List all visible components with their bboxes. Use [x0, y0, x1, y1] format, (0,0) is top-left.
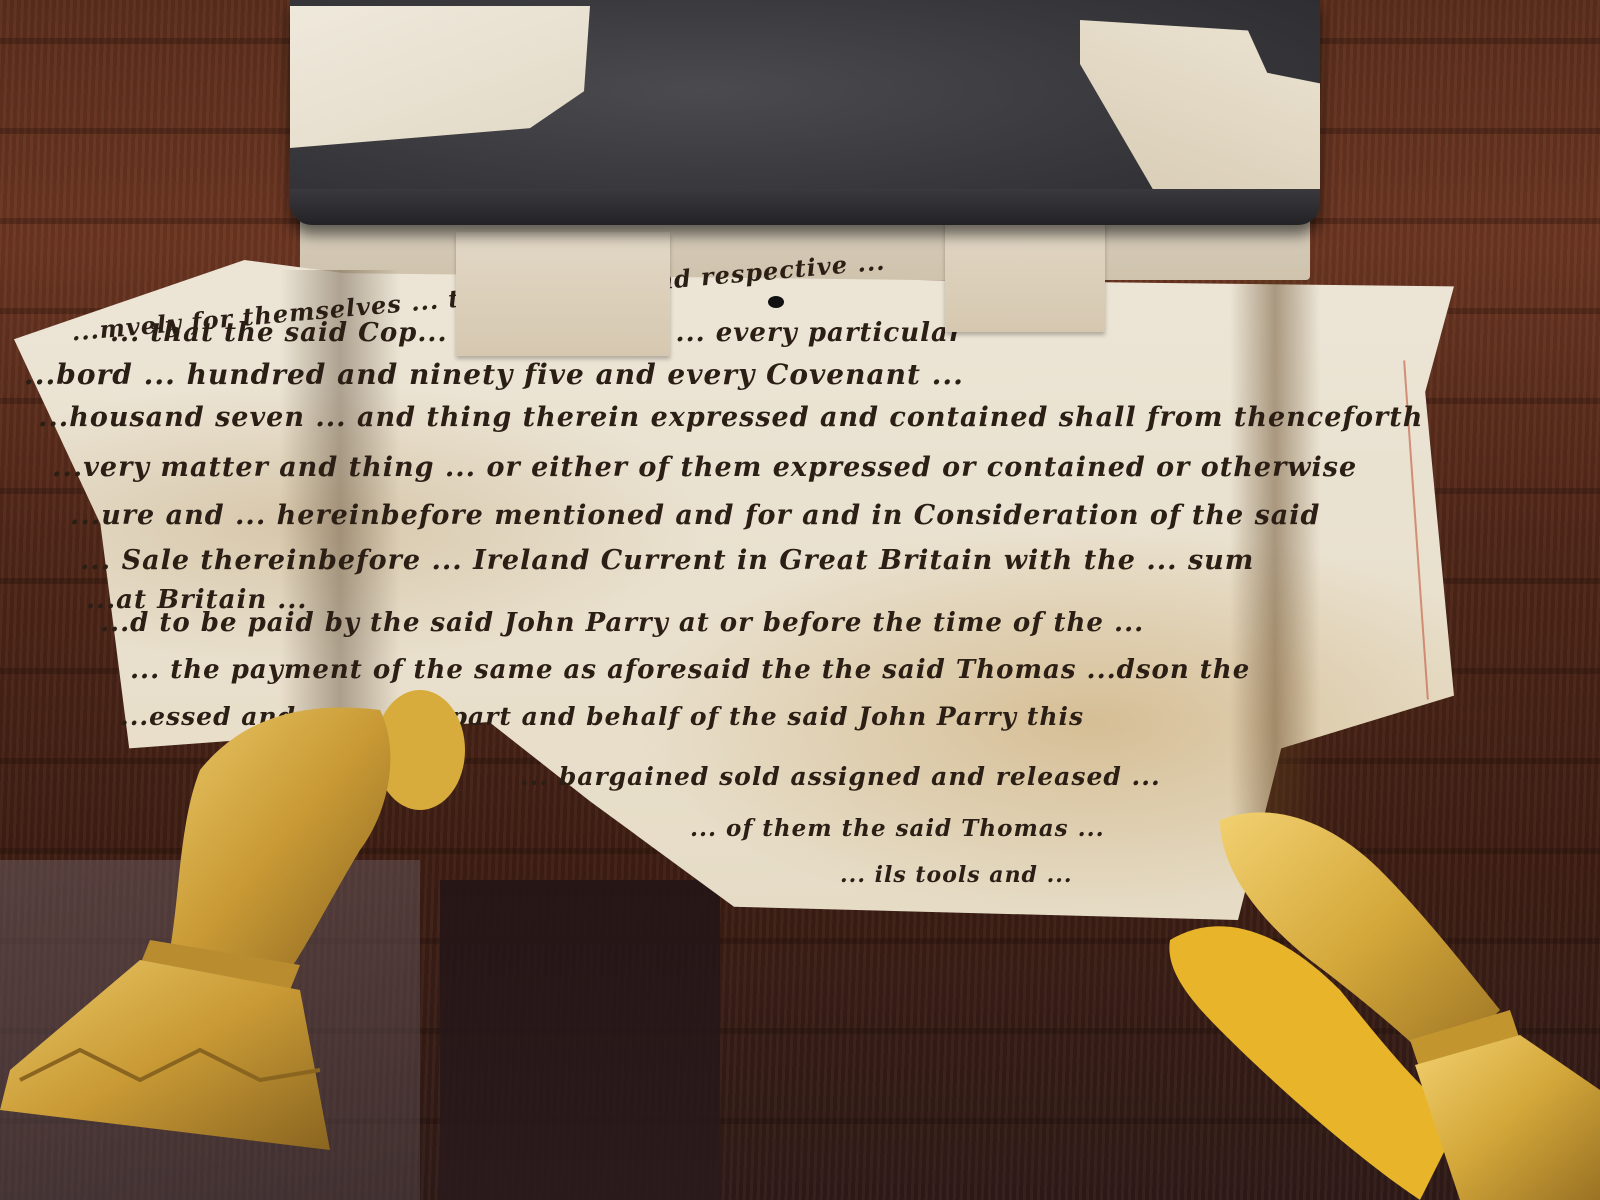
- leather-book-cover: [290, 0, 1320, 225]
- paper-tab-left: [456, 232, 670, 356]
- manuscript-line: ... ils tools and ...: [840, 862, 1073, 888]
- brass-hand-clip-right: [1160, 760, 1600, 1200]
- manuscript-line: ...housand seven ... and thing therein e…: [38, 402, 1423, 433]
- vellum-corner-patch: [290, 6, 590, 148]
- manuscript-line: ... Sale thereinbefore ... Ireland Curre…: [80, 545, 1254, 576]
- manuscript-line: ...d to be paid by the said John Parry a…: [100, 608, 1144, 638]
- brass-hand-clip-left: [0, 690, 470, 1200]
- vellum-corner-patch: [1080, 20, 1320, 196]
- manuscript-line: ...ure and ... hereinbefore mentioned an…: [70, 500, 1320, 531]
- cover-edge: [290, 189, 1320, 225]
- manuscript-line: ...very matter and thing ... or either o…: [52, 452, 1357, 483]
- brass-hand-icon: [1160, 760, 1600, 1200]
- manuscript-line: ... of them the said Thomas ...: [690, 815, 1105, 842]
- manuscript-line: ... bargained sold assigned and released…: [520, 762, 1161, 791]
- table-plank-dark: [440, 880, 720, 1200]
- brass-hand-icon: [0, 690, 470, 1200]
- manuscript-line: ... the payment of the same as aforesaid…: [130, 655, 1250, 685]
- paper-tab-right: [945, 214, 1105, 332]
- manuscript-line: ...bord ... hundred and ninety five and …: [24, 358, 964, 391]
- vellum-hole: [768, 296, 784, 308]
